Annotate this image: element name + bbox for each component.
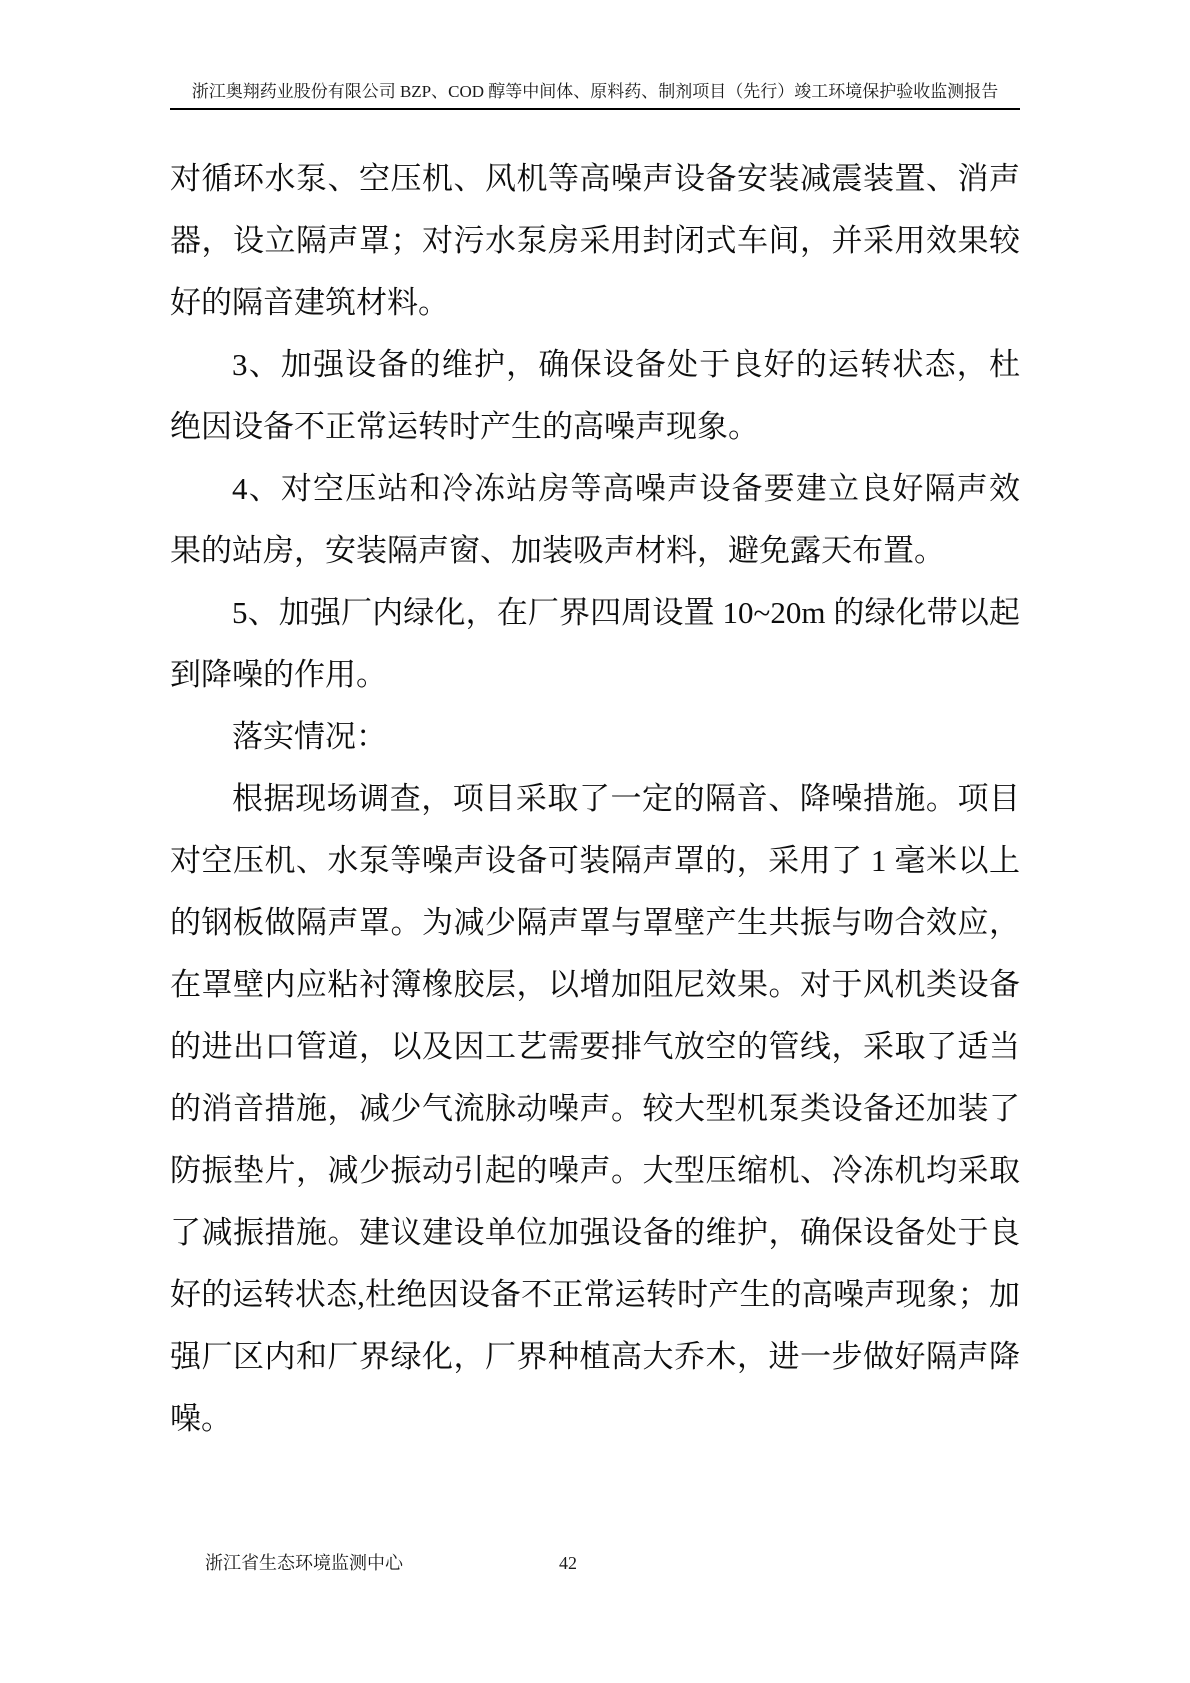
paragraph-implementation-status-label: 落实情况： — [170, 706, 1020, 768]
footer-page-number: 42 — [548, 1548, 588, 1578]
footer-organization: 浙江省生态环境监测中心 — [205, 1548, 403, 1578]
paragraph-measure-3: 3、加强设备的维护，确保设备处于良好的运转状态，杜绝因设备不正常运转时产生的高噪… — [170, 334, 1020, 458]
paragraph-implementation-status-detail: 根据现场调查，项目采取了一定的隔音、降噪措施。项目对空压机、水泵等噪声设备可装隔… — [170, 768, 1020, 1450]
document-body: 对循环水泵、空压机、风机等高噪声设备安装减震装置、消声器，设立隔声罩；对污水泵房… — [170, 148, 1020, 1450]
paragraph-measure-5: 5、加强厂内绿化，在厂界四周设置 10~20m 的绿化带以起到降噪的作用。 — [170, 582, 1020, 706]
paragraph-noise-measure-continuation: 对循环水泵、空压机、风机等高噪声设备安装减震装置、消声器，设立隔声罩；对污水泵房… — [170, 148, 1020, 334]
paragraph-measure-4: 4、对空压站和冷冻站房等高噪声设备要建立良好隔声效果的站房，安装隔声窗、加装吸声… — [170, 458, 1020, 582]
page-footer: 浙江省生态环境监测中心 42 — [170, 1548, 1020, 1578]
document-page: 浙江奥翔药业股份有限公司 BZP、COD 醇等中间体、原料药、制剂项目（先行）竣… — [0, 0, 1190, 1683]
page-header-running-title: 浙江奥翔药业股份有限公司 BZP、COD 醇等中间体、原料药、制剂项目（先行）竣… — [170, 80, 1020, 110]
